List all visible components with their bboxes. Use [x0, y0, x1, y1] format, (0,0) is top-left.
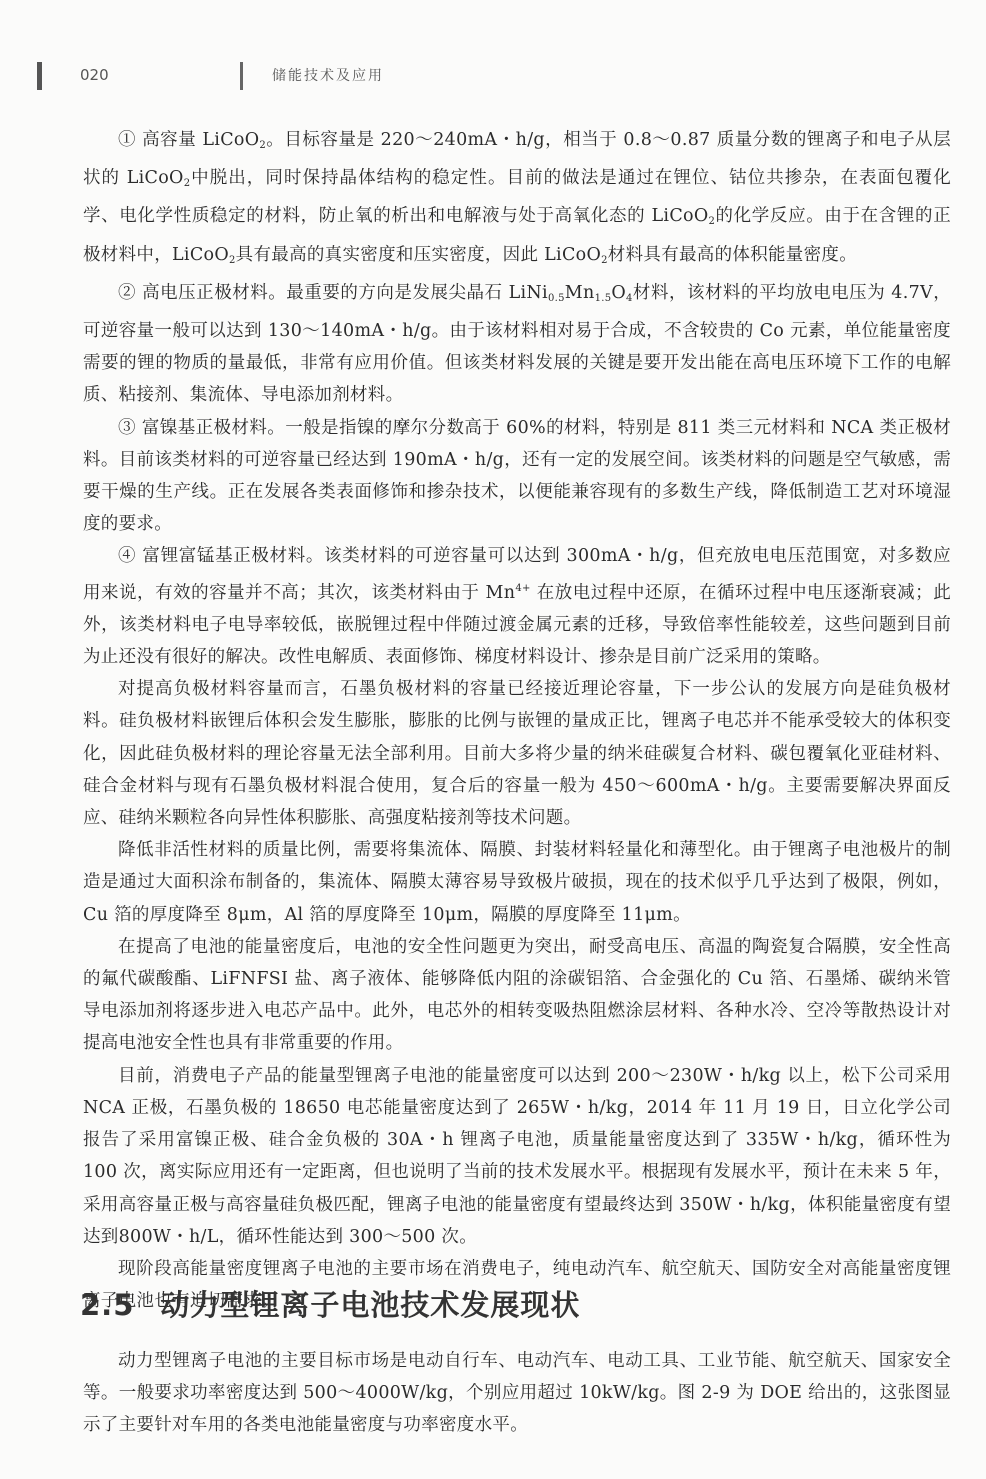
body-text: ① 高容量 LiCoO2。目标容量是 220～240mA・h/g，相当于 0.8… — [83, 124, 951, 1317]
paragraph-power-battery-market: 动力型锂离子电池的主要目标市场是电动自行车、电动汽车、电动工具、工业节能、航空航… — [83, 1345, 951, 1442]
paragraph-current-status: 目前，消费电子产品的能量型锂离子电池的能量密度可以达到 200～230W・h/k… — [83, 1060, 951, 1253]
paragraph-anode-capacity: 对提高负极材料容量而言，石墨负极材料的容量已经接近理论容量，下一步公认的发展方向… — [83, 673, 951, 834]
section-title-text: 动力型锂离子电池技术发展现状 — [160, 1288, 580, 1322]
section-heading: 2.5动力型锂离子电池技术发展现状 — [80, 1283, 580, 1324]
header-divider — [240, 62, 243, 90]
page-number: 020 — [80, 66, 109, 84]
paragraph-nickel-rich-cathode: ③ 富镍基正极材料。一般是指镍的摩尔分数高于 60%的材料，特别是 811 类三… — [83, 412, 951, 541]
paragraph-high-capacity-licoo2: ① 高容量 LiCoO2。目标容量是 220～240mA・h/g，相当于 0.8… — [83, 124, 951, 277]
paragraph-inactive-materials: 降低非活性材料的质量比例，需要将集流体、隔膜、封装材料轻量化和薄型化。由于锂离子… — [83, 834, 951, 931]
header-left-bar — [37, 62, 42, 90]
paragraph-li-mn-rich-cathode: ④ 富锂富锰基正极材料。该类材料的可逆容量可以达到 300mA・h/g，但充放电… — [83, 540, 951, 673]
page-header: 020 储能技术及应用 — [0, 60, 986, 96]
book-title: 储能技术及应用 — [272, 65, 384, 85]
paragraph-safety: 在提高了电池的能量密度后，电池的安全性问题更为突出，耐受高电压、高温的陶瓷复合隔… — [83, 931, 951, 1060]
paragraph-high-voltage-cathode: ② 高电压正极材料。最重要的方向是发展尖晶石 LiNi0.5Mn1.5O4材料，… — [83, 277, 951, 412]
section-number: 2.5 — [80, 1288, 134, 1322]
section-body: 动力型锂离子电池的主要目标市场是电动自行车、电动汽车、电动工具、工业节能、航空航… — [83, 1345, 951, 1442]
